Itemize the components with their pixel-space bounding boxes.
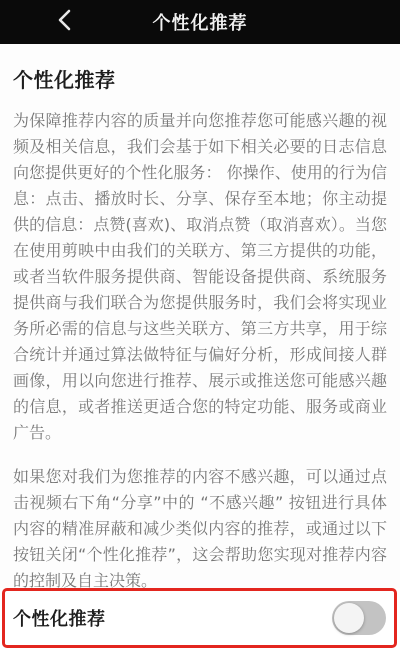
toggle-label: 个性化推荐	[13, 605, 106, 631]
header: 个性化推荐	[0, 0, 400, 44]
personalization-toggle-row: 个性化推荐	[0, 588, 400, 652]
policy-paragraph-2: 如果您对我们为您推荐的内容不感兴趣，可以通过点击视频右下角“分享”中的 “不感兴…	[13, 464, 387, 594]
chevron-left-icon	[58, 9, 71, 35]
back-button[interactable]	[44, 0, 84, 44]
section-title: 个性化推荐	[13, 64, 387, 93]
content-area: 个性化推荐 为保障推荐内容的质量并向您推荐您可能感兴趣的视频及相关信息，我们会基…	[0, 44, 400, 594]
toggle-knob-icon	[334, 603, 364, 633]
personalization-toggle-switch[interactable]	[332, 601, 386, 635]
app-screen: 个性化推荐 个性化推荐 为保障推荐内容的质量并向您推荐您可能感兴趣的视频及相关信…	[0, 0, 400, 652]
page-title: 个性化推荐	[153, 9, 248, 35]
policy-paragraph-1: 为保障推荐内容的质量并向您推荐您可能感兴趣的视频及相关信息，我们会基于如下相关必…	[13, 108, 387, 446]
